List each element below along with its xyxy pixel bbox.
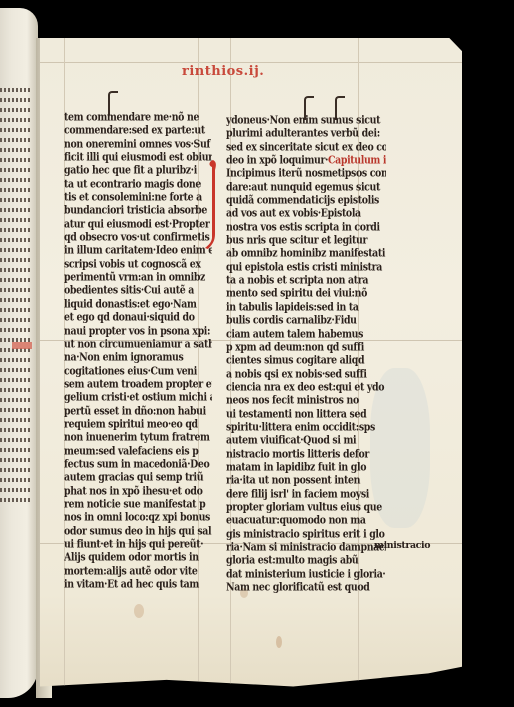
parchment-stain [276, 636, 282, 648]
ruling-line [40, 62, 462, 63]
facing-left-page [0, 8, 38, 698]
right-text-column: ydoneus·Non enim sumus sicut plurimi adu… [226, 113, 386, 593]
left-text-column: tem commendare me·nõ ne commendare:sed e… [64, 110, 212, 590]
parchment-stain [134, 604, 144, 618]
running-head: rinthios.ij. [182, 64, 264, 79]
chapter-rubric: Capitulum iij [328, 154, 386, 167]
marginal-continuation: ministracio [374, 540, 430, 551]
text-line: in vitam·Et ad hec quis tam [64, 577, 212, 592]
left-page-text-block [0, 88, 30, 508]
text-line: Nam nec glorificatũ est quod [226, 580, 386, 595]
left-page-rubric [12, 342, 32, 349]
